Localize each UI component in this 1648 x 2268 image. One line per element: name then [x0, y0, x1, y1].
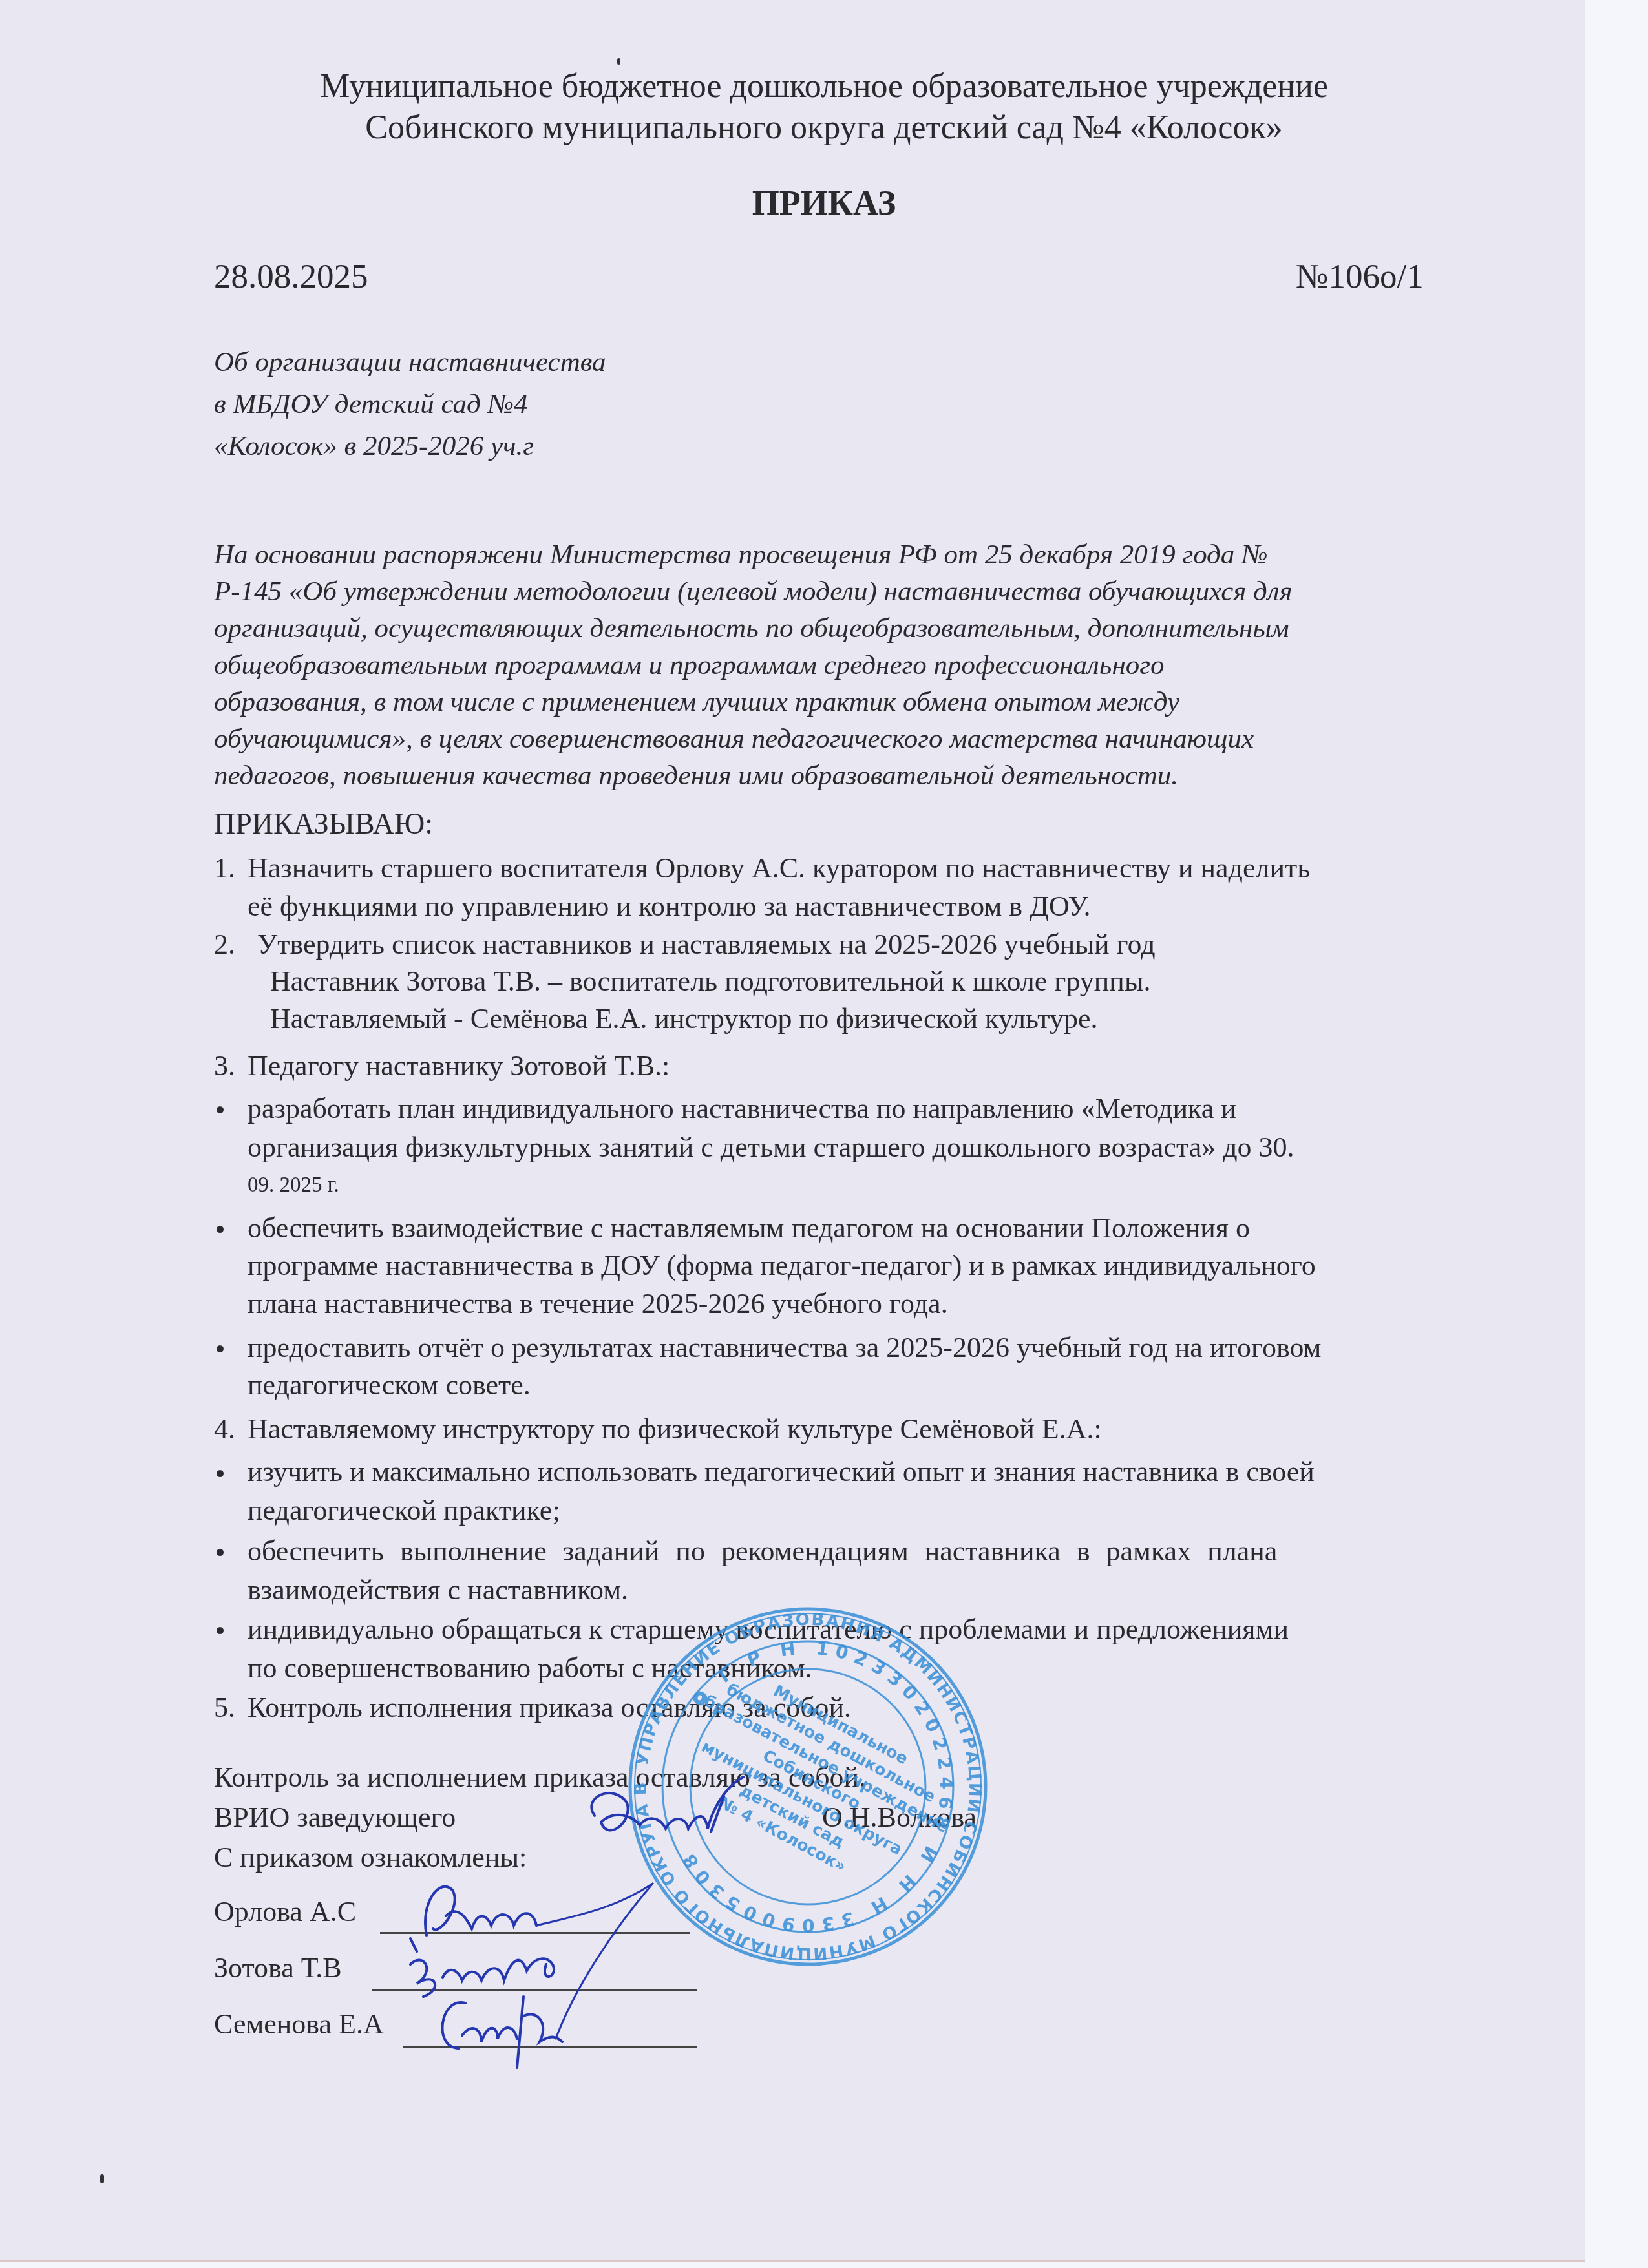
- preamble: На основании распоряжени Министерства пр…: [214, 536, 1474, 794]
- item-4-line-1: Наставляемому инструктору по физической …: [248, 1412, 1102, 1445]
- document-title: ПРИКАЗ: [0, 183, 1648, 223]
- item-2-mentor: Наставник Зотова Т.В. – воспитатель подг…: [270, 965, 1150, 998]
- item-number: 5.: [214, 1691, 235, 1724]
- subject-line: «Колосок» в 2025-2026 уч.г: [214, 425, 606, 467]
- preamble-line: общеобразовательным программам и програм…: [214, 647, 1474, 684]
- item-3-bullet-2-line-1: обеспечить взаимодействие с наставляемым…: [248, 1212, 1250, 1244]
- preamble-line: образования, в том числе с применением л…: [214, 684, 1474, 720]
- bullet-icon: [217, 1627, 224, 1634]
- item-2-mentee: Наставляемый - Семёнова Е.А. инструктор …: [270, 1002, 1097, 1035]
- ack-name-orlova: Орлова А.С: [214, 1895, 356, 1928]
- bullet-icon: [217, 1226, 224, 1233]
- text: разработать план индивидуального наставн…: [248, 1092, 1236, 1125]
- document-subject: Об организации наставничества в МБДОУ де…: [214, 341, 606, 467]
- ack-name-semenova: Семенова Е.А: [214, 2008, 384, 2041]
- scan-speck: [100, 2174, 104, 2183]
- bullet-icon: [217, 1470, 224, 1477]
- item-4-bullet-2-line-1: обеспечить выполнение заданий по рекомен…: [248, 1535, 1277, 1568]
- item-number: 3.: [214, 1049, 235, 1082]
- item-3-bullet-2-line-2: программе наставничества в ДОУ (форма пе…: [248, 1249, 1316, 1282]
- item-3-bullet-3-line-1: предоставить отчёт о результатах наставн…: [248, 1331, 1321, 1364]
- item-3-bullet-2-line-3: плана наставничества в течение 2025-2026…: [248, 1287, 948, 1320]
- item-3-bullet-3-line-2: педагогическом совете.: [248, 1369, 531, 1402]
- bullet-icon: [217, 1345, 224, 1352]
- preamble-line: обучающимися», в целях совершенствования…: [214, 720, 1474, 757]
- item-number: 2.: [214, 928, 235, 961]
- org-name-line-2: Собинского муниципального округа детский…: [0, 109, 1648, 147]
- item-1-line-1: Назначить старшего воспитателя Орлову А.…: [248, 852, 1310, 885]
- bullet-icon: [217, 1106, 224, 1113]
- item-4-bullet-1-line-1: изучить и максимально использовать педаг…: [248, 1455, 1315, 1488]
- item-4-bullet-2-line-2: взаимодействия с наставником.: [248, 1573, 628, 1606]
- item-3-bullet-1-line-2: организация физкультурных занятий с деть…: [248, 1131, 1294, 1164]
- ack-name-zotova: Зотова Т.В: [214, 1951, 342, 1984]
- subject-line: Об организации наставничества: [214, 341, 606, 383]
- preamble-line: На основании распоряжени Министерства пр…: [214, 536, 1474, 573]
- preamble-line: Р-145 «Об утверждении методологии (целев…: [214, 573, 1474, 610]
- item-3-bullet-1-line-3: 09. 2025 г.: [248, 1173, 339, 1197]
- item-3-bullet-1-line-1: разработать план индивидуального наставн…: [248, 1092, 1442, 1125]
- item-4-bullet-1-line-2: педагогической практике;: [248, 1494, 560, 1527]
- signer-position: ВРИО заведующего: [214, 1801, 456, 1834]
- item-2-line-1: Утвердить список наставников и наставляе…: [257, 928, 1156, 961]
- scan-speck: [617, 58, 620, 65]
- subject-line: в МБДОУ детский сад №4: [214, 383, 606, 425]
- item-1-line-2: её функциями по управлению и контролю за…: [248, 890, 1090, 923]
- document-date: 28.08.2025: [214, 257, 368, 296]
- director-signature-icon: [569, 1770, 776, 1861]
- preamble-line: педагогов, повышения качества проведения…: [214, 757, 1474, 794]
- item-number: 1.: [214, 852, 235, 885]
- org-name-line-1: Муниципальное бюджетное дошкольное образ…: [0, 67, 1648, 105]
- item-3-line-1: Педагогу наставнику Зотовой Т.В.:: [248, 1049, 670, 1082]
- order-label: ПРИКАЗЫВАЮ:: [214, 806, 433, 841]
- bullet-icon: [217, 1549, 224, 1556]
- acknowledged-label: С приказом ознакомлены:: [214, 1841, 527, 1874]
- document-number: №106о/1: [1296, 257, 1424, 296]
- item-number: 4.: [214, 1412, 235, 1445]
- preamble-line: организаций, осуществляющих деятельность…: [214, 610, 1474, 647]
- semenova-signature-icon: [427, 1984, 582, 2074]
